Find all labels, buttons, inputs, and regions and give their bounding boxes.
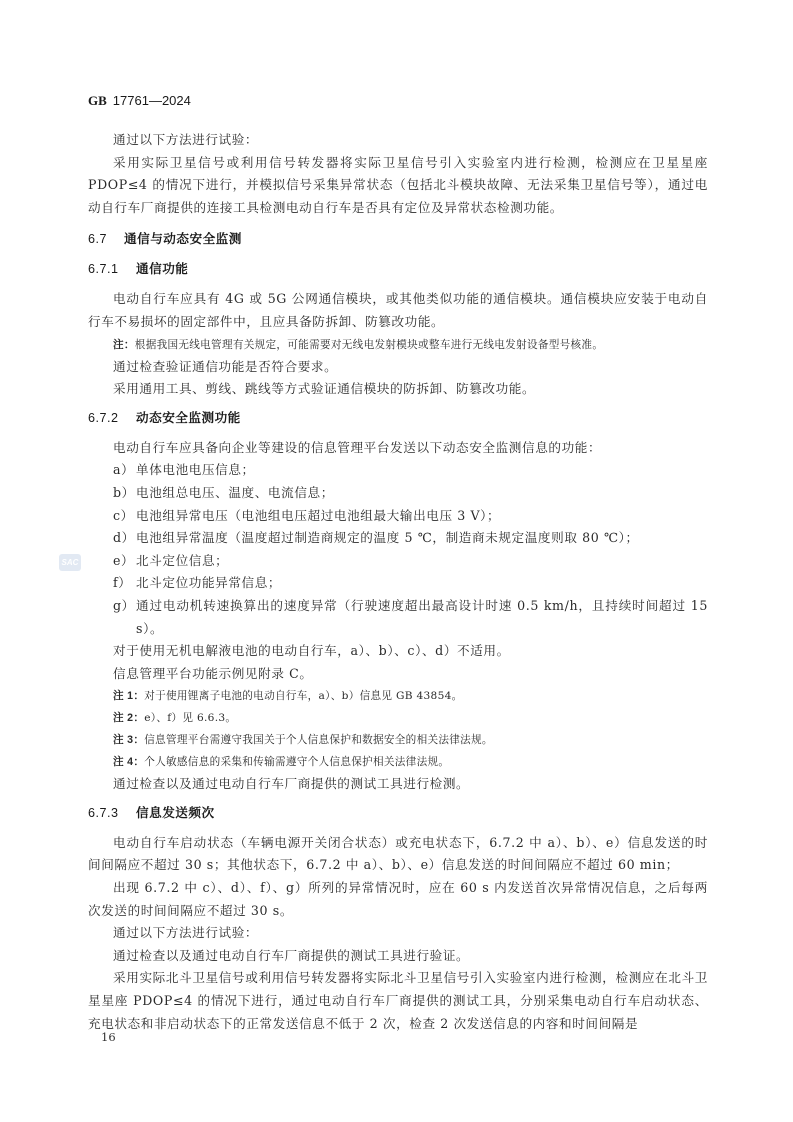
list-item: c）电池组异常电压（电池组电压超过电池组最大输出电压 3 V）；	[88, 505, 708, 528]
section-6-7-3-method-body: 采用实际北斗卫星信号或利用信号转发器将实际北斗卫星信号引入实验室内进行检测，检测…	[88, 967, 708, 1035]
list-marker: c）	[113, 505, 134, 528]
note-text: 个人敏感信息的采集和传输需遵守个人信息保护相关法律法规。	[144, 756, 449, 768]
section-title: 通信功能	[136, 262, 188, 276]
list-marker: d）	[113, 527, 135, 550]
section-title: 信息发送频次	[136, 806, 215, 820]
list-marker: g）	[113, 595, 135, 618]
section-6-7-3-method-line: 通过以下方法进行试验：	[88, 922, 708, 945]
list-item: g）通过电动机转速换算出的速度异常（行驶速度超出最高设计时速 0.5 km/h，…	[88, 595, 708, 640]
section-6-7-heading: 6.7通信与动态安全监测	[88, 228, 708, 250]
standard-prefix: GB	[88, 93, 107, 108]
monitoring-items-list: a）单体电池电压信息； b）电池组总电压、温度、电流信息； c）电池组异常电压（…	[88, 459, 708, 640]
section-6-7-3-verify: 通过检查以及通过电动自行车厂商提供的测试工具进行验证。	[88, 945, 708, 968]
sac-watermark-logo: SAC	[59, 554, 81, 571]
list-marker: b）	[113, 482, 135, 505]
note-text: e）、f）见 6.6.3。	[144, 712, 236, 724]
section-6-7-1-body: 电动自行车应具有 4G 或 5G 公网通信模块，或其他类似功能的通信模块。通信模…	[88, 288, 708, 333]
list-item-text: 电池组总电压、温度、电流信息；	[136, 485, 334, 500]
section-6-7-3-body-2: 出现 6.7.2 中 c）、d）、f）、g）所列的异常情况时，应在 60 s 内…	[88, 877, 708, 922]
list-item-text: 电池组异常电压（电池组电压超过电池组最大输出电压 3 V）；	[136, 508, 500, 523]
note-text: 信息管理平台需遵守我国关于个人信息保护和数据安全的相关法律法规。	[144, 734, 493, 746]
section-number: 6.7	[88, 228, 124, 250]
list-marker: e）	[113, 550, 134, 573]
note-label: 注：	[113, 339, 135, 351]
standard-number: 17761—2024	[113, 93, 191, 108]
section-number: 6.7.1	[88, 258, 136, 280]
standard-header: GB17761—2024	[88, 93, 191, 109]
note-label: 注 4：	[113, 756, 144, 768]
section-6-7-3-heading: 6.7.3信息发送频次	[88, 802, 708, 824]
intro-method-line: 通过以下方法进行试验：	[88, 129, 708, 152]
section-6-7-1-verify-2: 采用通用工具、剪线、跳线等方式验证通信模块的防拆卸、防篡改功能。	[88, 378, 708, 401]
list-item-text: 单体电池电压信息；	[136, 462, 255, 477]
list-item: e）北斗定位信息；	[88, 550, 708, 573]
note-2: 注 2：e）、f）见 6.6.3。	[88, 707, 708, 729]
page-content: 通过以下方法进行试验： 采用实际卫星信号或利用信号转发器将实际卫星信号引入实验室…	[88, 129, 708, 1035]
page-number: 16	[101, 1030, 116, 1044]
section-number: 6.7.3	[88, 802, 136, 824]
note-text: 对于使用锂离子电池的电动自行车，a）、b）信息见 GB 43854。	[144, 690, 462, 702]
note-1: 注 1：对于使用锂离子电池的电动自行车，a）、b）信息见 GB 43854。	[88, 685, 708, 707]
list-item: f）北斗定位功能异常信息；	[88, 572, 708, 595]
list-item-text: 北斗定位功能异常信息；	[136, 575, 281, 590]
section-6-7-1-note: 注：根据我国无线电管理有关规定，可能需要对无线电发射模块或整车进行无线电发射设备…	[88, 334, 708, 356]
list-marker: a）	[113, 459, 134, 482]
section-6-7-2-intro: 电动自行车应具备向企业等建设的信息管理平台发送以下动态安全监测信息的功能：	[88, 437, 708, 460]
note-label: 注 3：	[113, 734, 144, 746]
document-page: GB17761—2024 SAC 通过以下方法进行试验： 采用实际卫星信号或利用…	[0, 0, 793, 1122]
list-item-text: 电池组异常温度（温度超过制造商规定的温度 5 ℃，制造商未规定温度则取 80 ℃…	[136, 530, 639, 545]
section-number: 6.7.2	[88, 407, 136, 429]
note-label: 注 1：	[113, 690, 144, 702]
section-6-7-2-heading: 6.7.2动态安全监测功能	[88, 407, 708, 429]
section-6-7-2-exception: 对于使用无机电解液电池的电动自行车，a）、b）、c）、d）不适用。	[88, 640, 708, 663]
section-6-7-1-verify-1: 通过检查验证通信功能是否符合要求。	[88, 356, 708, 379]
list-item: a）单体电池电压信息；	[88, 459, 708, 482]
intro-method-body: 采用实际卫星信号或利用信号转发器将实际卫星信号引入实验室内进行检测，检测应在卫星…	[88, 152, 708, 220]
note-label: 注 2：	[113, 712, 144, 724]
section-6-7-1-heading: 6.7.1通信功能	[88, 258, 708, 280]
section-6-7-2-appendix-ref: 信息管理平台功能示例见附录 C。	[88, 663, 708, 686]
list-item: b）电池组总电压、温度、电流信息；	[88, 482, 708, 505]
section-6-7-3-body-1: 电动自行车启动状态（车辆电源开关闭合状态）或充电状态下，6.7.2 中 a）、b…	[88, 832, 708, 877]
list-item-text: 通过电动机转速换算出的速度异常（行驶速度超出最高设计时速 0.5 km/h，且持…	[136, 598, 708, 636]
note-text: 根据我国无线电管理有关规定，可能需要对无线电发射模块或整车进行无线电发射设备型号…	[135, 339, 603, 351]
section-6-7-2-verify: 通过检查以及通过电动自行车厂商提供的测试工具进行检测。	[88, 773, 708, 796]
note-3: 注 3：信息管理平台需遵守我国关于个人信息保护和数据安全的相关法律法规。	[88, 729, 708, 751]
list-marker: f）	[113, 572, 131, 595]
section-title: 动态安全监测功能	[136, 411, 241, 425]
note-4: 注 4：个人敏感信息的采集和传输需遵守个人信息保护相关法律法规。	[88, 751, 708, 773]
list-item: d）电池组异常温度（温度超过制造商规定的温度 5 ℃，制造商未规定温度则取 80…	[88, 527, 708, 550]
section-title: 通信与动态安全监测	[124, 232, 242, 246]
list-item-text: 北斗定位信息；	[136, 553, 228, 568]
